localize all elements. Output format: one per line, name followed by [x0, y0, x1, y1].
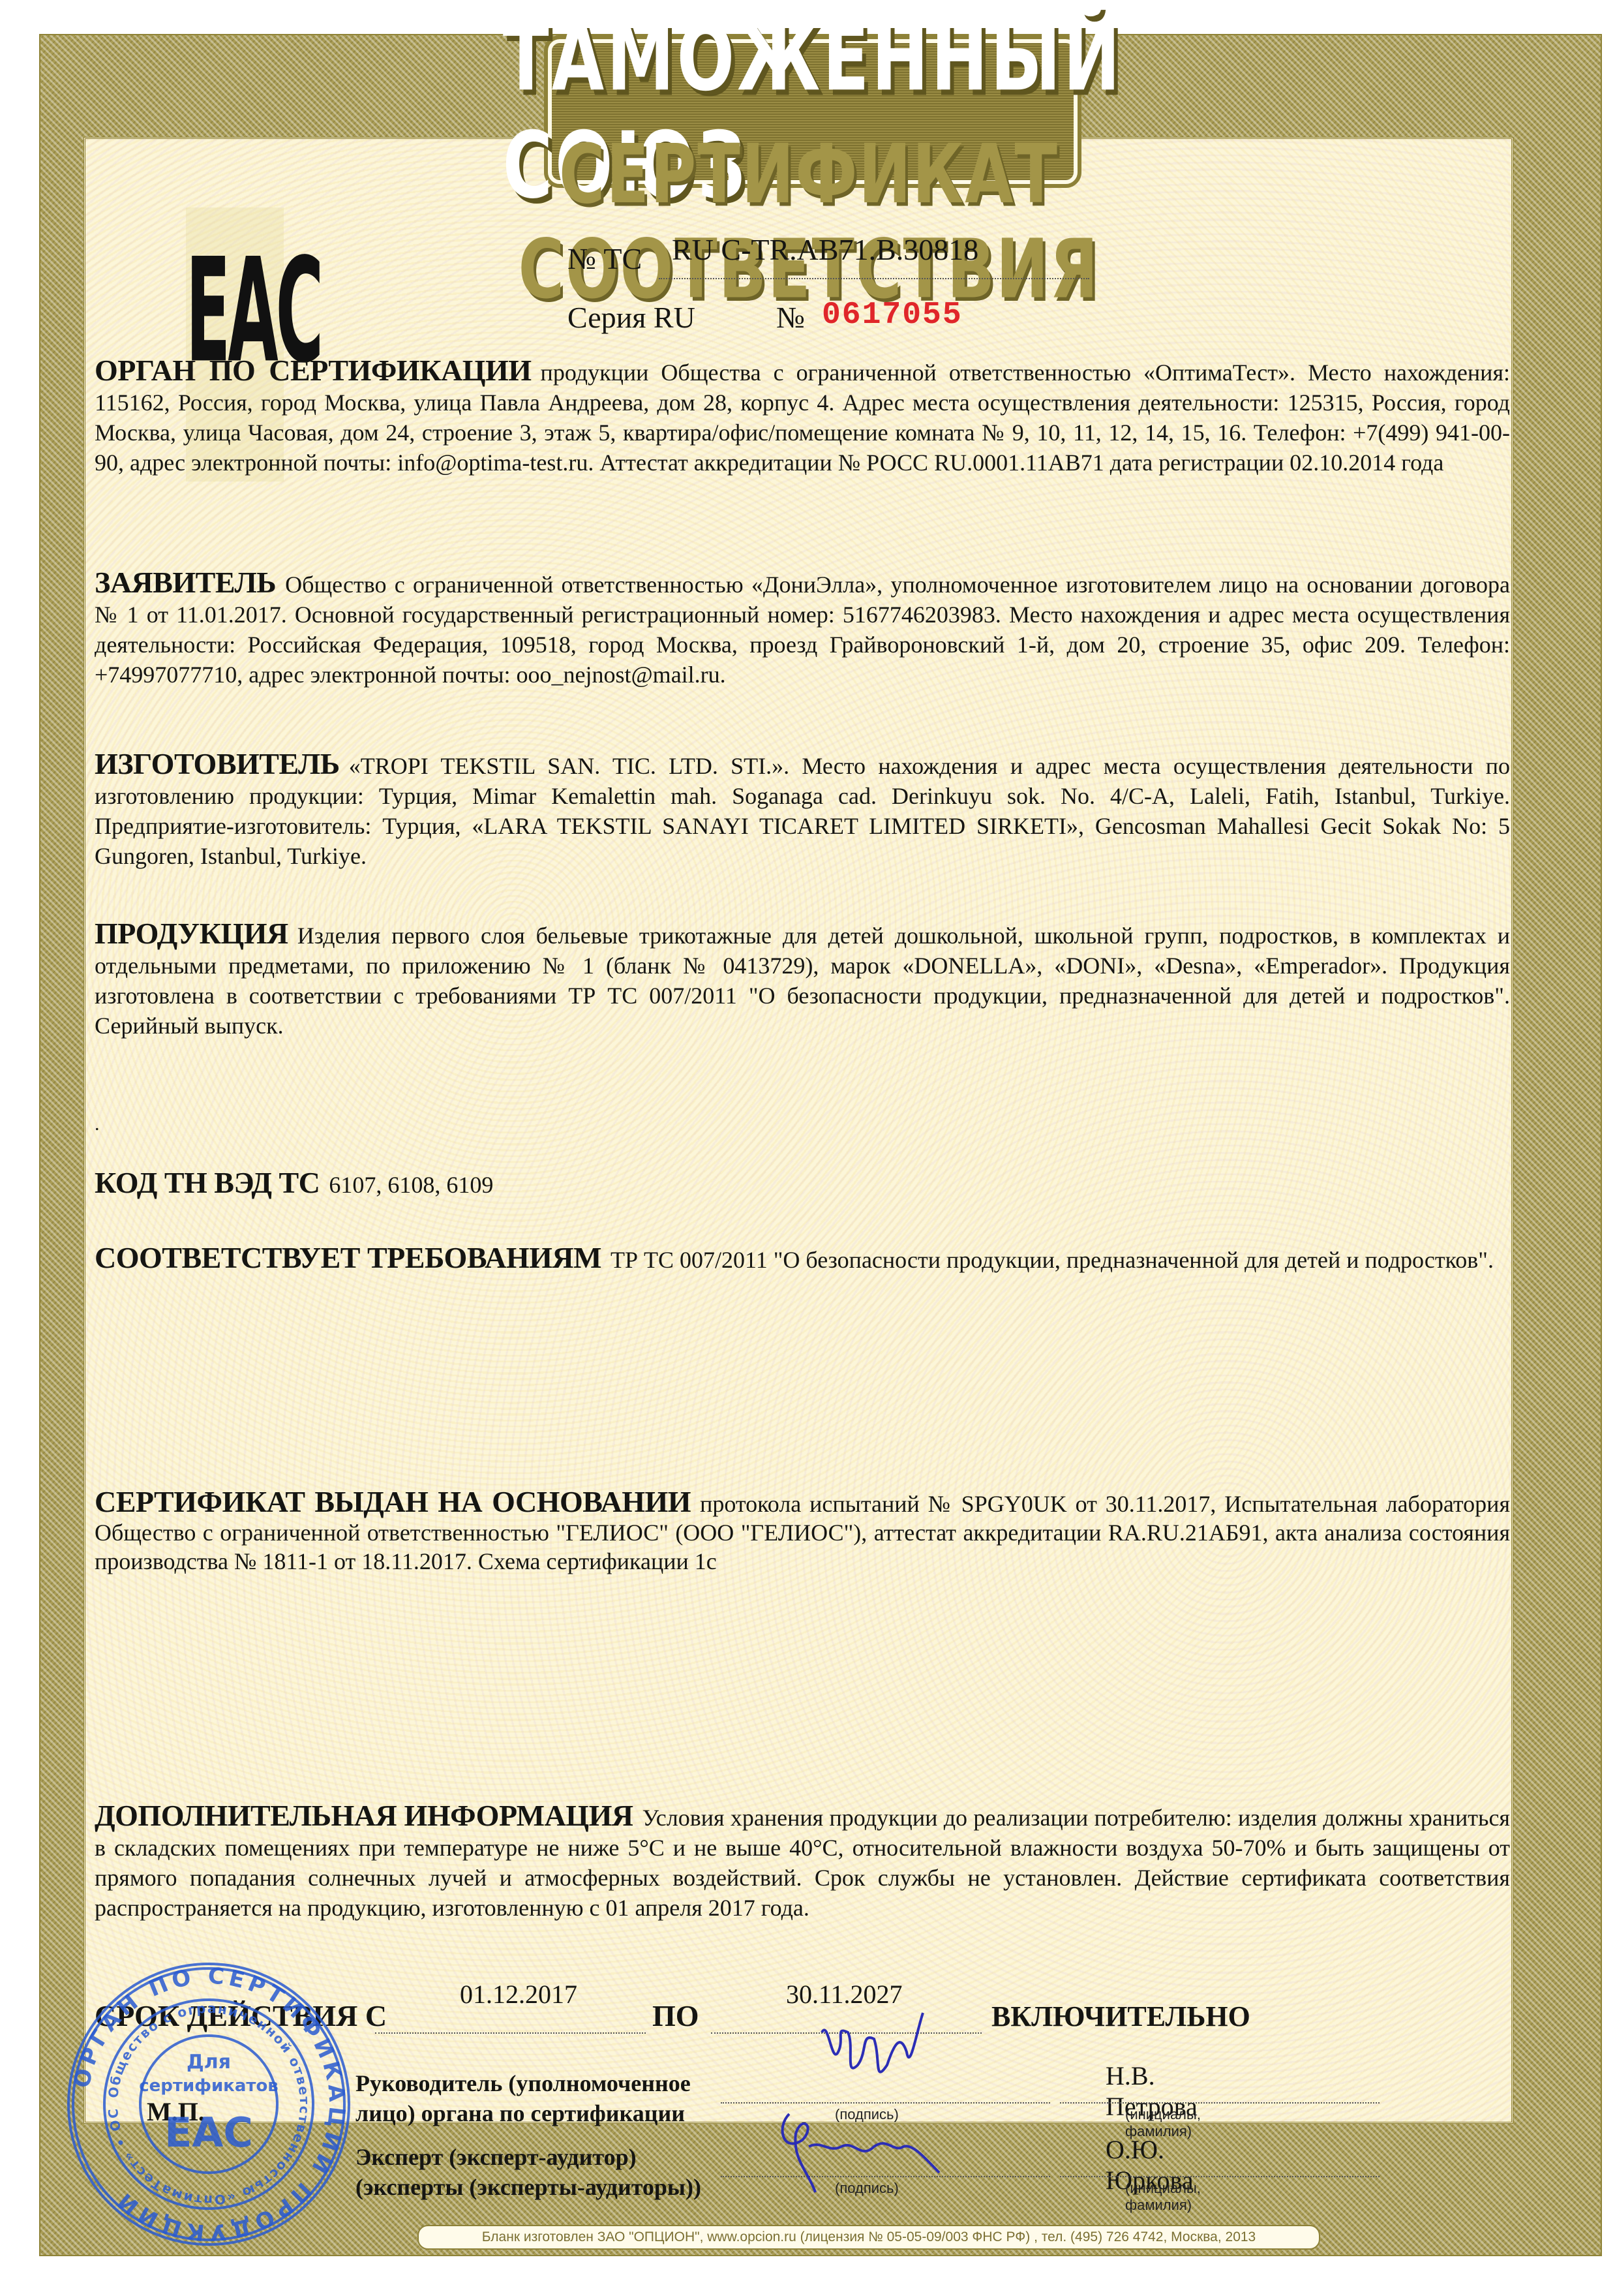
section-heading: СООТВЕТСТВУЕТ ТРЕБОВАНИЯМ	[95, 1241, 601, 1274]
series-label: Серия RU	[567, 300, 695, 335]
section-conforms-to: СООТВЕТСТВУЕТ ТРЕБОВАНИЯМТР ТС 007/2011 …	[95, 1243, 1510, 1275]
section-heading: ИЗГОТОВИТЕЛЬ	[95, 747, 340, 780]
section-product: ПРОДУКЦИЯИзделия первого слоя бельевые т…	[95, 919, 1510, 1041]
stray-dot: .	[95, 1109, 1510, 1139]
number-underline	[659, 278, 1089, 279]
head-role-label: Руководитель (уполномоченное лицо) орган…	[355, 2068, 691, 2128]
expert-name-caption: (инициалы, фамилия)	[1125, 2180, 1203, 2214]
expert-role-label: Эксперт (эксперт-аудитор) (эксперты (экс…	[355, 2142, 701, 2202]
section-text: Общество с ограниченной ответственностью…	[95, 572, 1510, 688]
section-text: ТР ТС 007/2011 "О безопасности продукции…	[611, 1247, 1494, 1273]
validity-to-date: 30.11.2027	[786, 1979, 903, 2010]
expert-name-line	[1060, 2176, 1380, 2177]
section-heading: КОД ТН ВЭД ТС	[95, 1166, 320, 1199]
section-heading: ЗАЯВИТЕЛЬ	[95, 566, 276, 599]
head-role-line1: Руководитель (уполномоченное	[355, 2068, 691, 2098]
certificate-number-value: RU C-TR.AB71.B.30818	[672, 232, 978, 267]
certificate-number-label: № ТС	[567, 241, 642, 276]
section-text: Изделия первого слоя бельевые трикотажны…	[95, 923, 1510, 1039]
section-hs-code: КОД ТН ВЭД ТС6107, 6108, 6109	[95, 1168, 1510, 1200]
validity-inclusive-label: ВКЛЮЧИТЕЛЬНО	[991, 2000, 1250, 2033]
head-signature-icon	[809, 2006, 939, 2098]
section-manufacturer: ИЗГОТОВИТЕЛЬ«TROPI TEKSTIL SAN. TIC. LTD…	[95, 749, 1510, 871]
stamp-inner-bottom: сертификатов	[139, 2076, 279, 2096]
certificate-title: СЕРТИФИКАТ СООТВЕТСТВИЯ	[444, 127, 1174, 316]
serial-number-value: 0617055	[822, 298, 963, 333]
section-certification-body: ОРГАН ПО СЕРТИФИКАЦИИпродукции Общества …	[95, 356, 1510, 478]
serial-number-label: №	[776, 300, 805, 335]
section-heading: ОРГАН ПО СЕРТИФИКАЦИИ	[95, 354, 532, 387]
from-date-underline	[375, 2032, 646, 2034]
expert-signature-icon	[763, 2101, 946, 2199]
section-heading: ПРОДУКЦИЯ	[95, 917, 288, 950]
head-role-line2: лицо) органа по сертификации	[355, 2098, 691, 2128]
section-text: 6107, 6108, 6109	[329, 1172, 493, 1198]
stamp-inner-top: Для	[187, 2051, 231, 2074]
printer-note: Бланк изготовлен ЗАО "ОПЦИОН", www.opcio…	[417, 2225, 1320, 2250]
section-applicant: ЗАЯВИТЕЛЬОбщество с ограниченной ответст…	[95, 568, 1510, 690]
stamp-eac-mark: ЕАС	[164, 2109, 253, 2156]
validity-to-label: ПО	[652, 1998, 699, 2033]
section-heading: СЕРТИФИКАТ ВЫДАН НА ОСНОВАНИИ	[95, 1485, 691, 1518]
section-additional-info: ДОПОЛНИТЕЛЬНАЯ ИНФОРМАЦИЯУсловия хранени…	[95, 1801, 1510, 1923]
certification-stamp-icon: ОРГАН ПО СЕРТИФИКАЦИИ ПРОДУКЦИИ Общество…	[62, 1957, 355, 2251]
validity-from-date: 01.12.2017	[460, 1979, 577, 2010]
expert-role-line2: (эксперты (эксперты-аудиторы))	[355, 2172, 701, 2202]
section-heading: ДОПОЛНИТЕЛЬНАЯ ИНФОРМАЦИЯ	[95, 1799, 633, 1832]
expert-role-line1: Эксперт (эксперт-аудитор)	[355, 2142, 701, 2172]
head-name-line	[1060, 2102, 1380, 2104]
section-issued-basis: СЕРТИФИКАТ ВЫДАН НА ОСНОВАНИИпротокола и…	[95, 1488, 1510, 1576]
